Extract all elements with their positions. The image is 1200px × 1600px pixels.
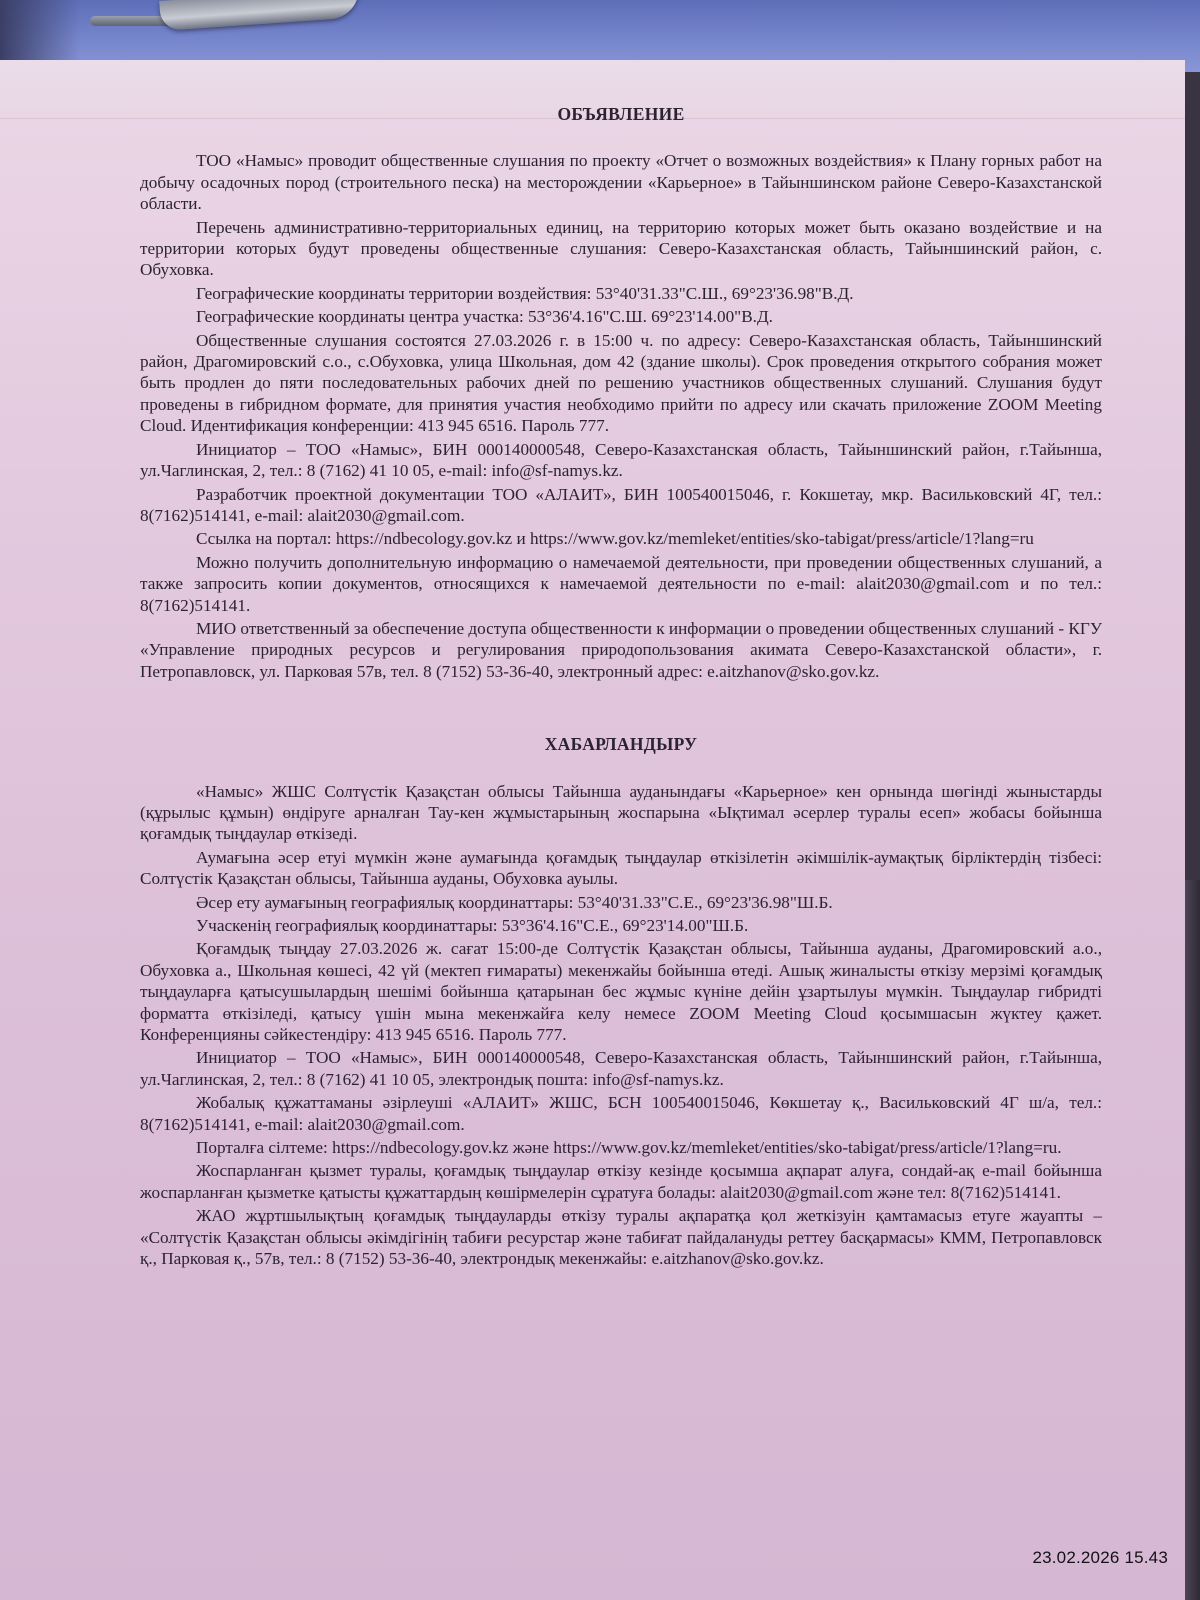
paragraph-more-info-kz: Жоспарланған қызмет туралы, қоғамдық тың… [140,1160,1102,1203]
paragraph-portal-links-kz: Порталға сілтеме: https://ndbecology.gov… [140,1137,1102,1158]
paragraph-hearing-details-ru: Общественные слушания состоятся 27.03.20… [140,330,1102,437]
paragraph-intro-kz: «Намыс» ЖШС Солтүстік Қазақстан облысы Т… [140,781,1102,845]
paragraph-initiator-ru: Инициатор – ТОО «Намыс», БИН 00014000054… [140,439,1102,482]
announcement-title-kz: ХАБАРЛАНДЫРУ [140,734,1102,755]
paragraph-portal-links-ru: Ссылка на портал: https://ndbecology.gov… [140,528,1102,549]
paragraph-site-coordinates-ru: Географические координаты центра участка… [140,306,1102,327]
paragraph-responsible-body-kz: ЖАО жұртшылықтың қоғамдық тыңдауларды өт… [140,1205,1102,1269]
paragraph-impact-coordinates-ru: Географические координаты территории воз… [140,283,1102,304]
paragraph-responsible-body-ru: МИО ответственный за обеспечение доступа… [140,618,1102,682]
paragraph-more-info-ru: Можно получить дополнительную информацию… [140,552,1102,616]
announcement-russian: ОБЪЯВЛЕНИЕ ТОО «Намыс» проводит обществе… [140,104,1102,682]
paragraph-hearing-details-kz: Қоғамдық тыңдау 27.03.2026 ж. сағат 15:0… [140,938,1102,1045]
paragraph-developer-kz: Жобалық құжаттаманы әзірлеуші «АЛАИТ» ЖШ… [140,1092,1102,1135]
paragraph-initiator-kz: Инициатор – ТОО «Намыс», БИН 00014000054… [140,1047,1102,1090]
notice-document: ОБЪЯВЛЕНИЕ ТОО «Намыс» проводит обществе… [140,104,1102,1272]
paragraph-territory-kz: Аумағына әсер етуі мүмкін және аумағында… [140,847,1102,890]
paragraph-intro-ru: ТОО «Намыс» проводит общественные слушан… [140,150,1102,214]
paragraph-territory-ru: Перечень административно-территориальных… [140,217,1102,281]
paragraph-site-coordinates-kz: Учаскенің географиялық координаттары: 53… [140,915,1102,936]
announcement-kazakh: ХАБАРЛАНДЫРУ «Намыс» ЖШС Солтүстік Қазақ… [140,734,1102,1269]
photo-timestamp: 23.02.2026 15.43 [1032,1548,1168,1568]
paragraph-impact-coordinates-kz: Әсер ету аумағының географиялық координа… [140,892,1102,913]
announcement-title-ru: ОБЪЯВЛЕНИЕ [140,104,1102,125]
paragraph-developer-ru: Разработчик проектной документации ТОО «… [140,484,1102,527]
binder-clip [159,0,361,31]
